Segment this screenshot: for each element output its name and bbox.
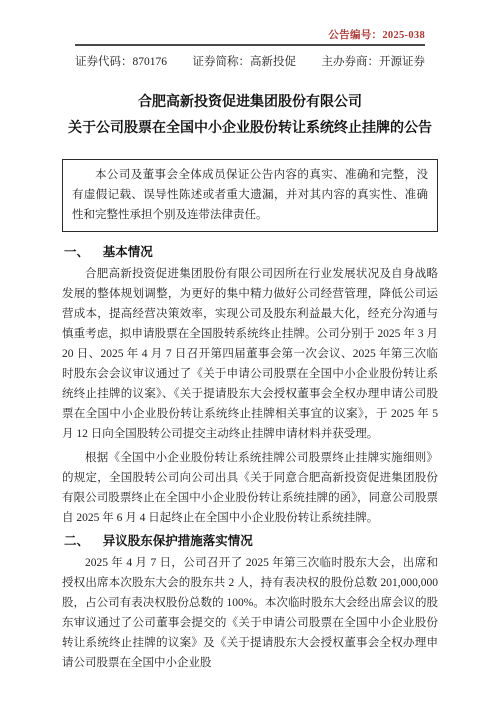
disclaimer-box: 本公司及董事会全体成员保证公告内容的真实、准确和完整，没有虚假记载、误导性陈述或… — [62, 159, 438, 232]
section-2-number: 二、 — [64, 534, 89, 548]
notice-number: 公告编号：2025-038 — [62, 30, 425, 42]
section-dissenting-shareholders: 二、异议股东保护措施落实情况 2025 年 4 月 7 日，公司召开了 2025… — [62, 533, 438, 673]
section-1-number: 一、 — [64, 245, 89, 259]
section-1-title: 基本情况 — [103, 245, 153, 259]
section-2-heading: 二、异议股东保护措施落实情况 — [64, 533, 438, 549]
stock-code: 证券代码：870176 — [75, 55, 167, 70]
sponsor-broker: 主办券商：开源证券 — [322, 55, 426, 70]
section-basic-info: 一、基本情况 合肥高新投资促进集团股份有限公司因所在行业发展状况及自身战略发展的… — [62, 244, 438, 528]
title-line-2: 关于公司股票在全国中小企业股份转让系统终止挂牌的公告 — [62, 116, 438, 142]
body-paragraph: 2025 年 4 月 7 日，公司召开了 2025 年第三次临时股东大会，出席和… — [62, 553, 438, 673]
body-paragraph: 合肥高新投资促进集团股份有限公司因所在行业发展状况及自身战略发展的整体规划调整，… — [62, 264, 438, 444]
header-rule — [75, 44, 425, 46]
document-page: 公告编号：2025-038 证券代码：870176 证券简称：高新投促 主办券商… — [0, 0, 500, 707]
stock-abbr: 证券简称：高新投促 — [193, 55, 297, 70]
disclaimer-text: 本公司及董事会全体成员保证公告内容的真实、准确和完整，没有虚假记载、误导性陈述或… — [72, 165, 428, 225]
title-line-1: 合肥高新投资促进集团股份有限公司 — [62, 90, 438, 116]
body-paragraph: 根据《全国中小企业股份转让系统挂牌公司股票终止挂牌实施细则》的规定，全国股转公司… — [62, 448, 438, 528]
security-info-row: 证券代码：870176 证券简称：高新投促 主办券商：开源证券 — [62, 55, 438, 70]
document-title: 合肥高新投资促进集团股份有限公司 关于公司股票在全国中小企业股份转让系统终止挂牌… — [62, 90, 438, 142]
section-1-heading: 一、基本情况 — [64, 244, 438, 260]
section-2-title: 异议股东保护措施落实情况 — [103, 534, 253, 548]
